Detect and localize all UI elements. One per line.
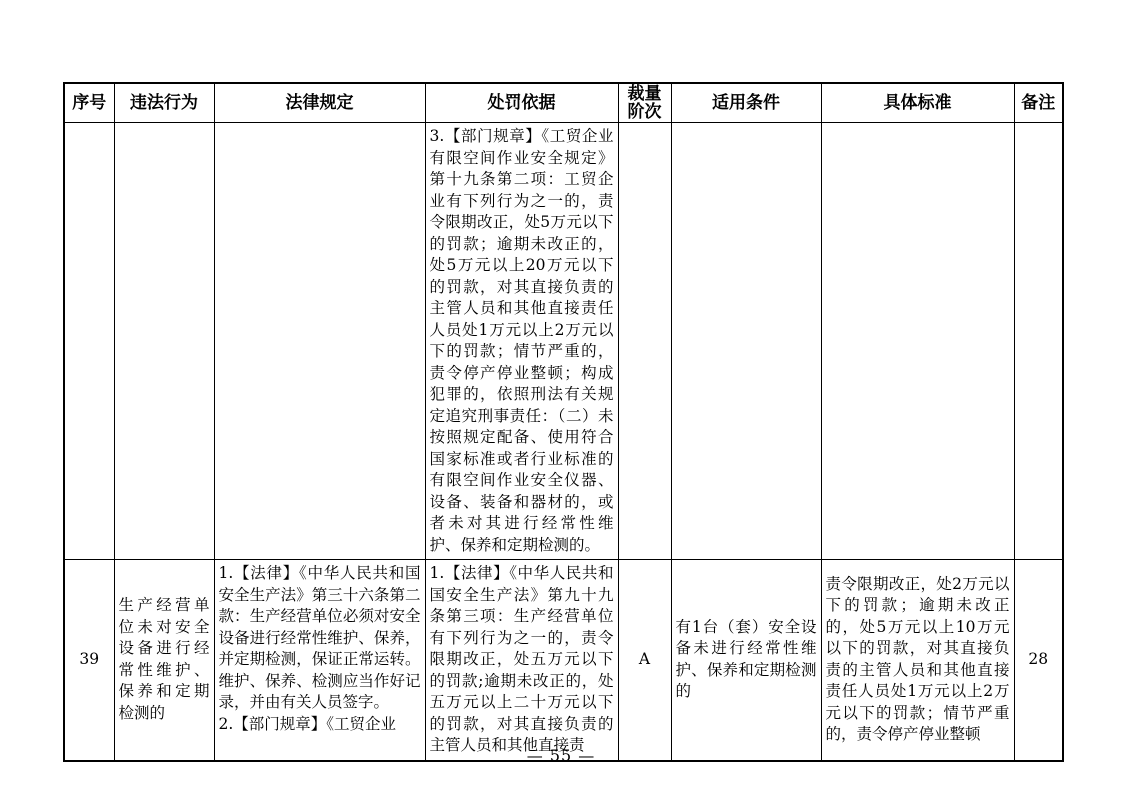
table-row-continuation: 3.【部门规章】《工贸企业有限空间作业安全规定》第十九条第二项：工贸企业有下列行… [64,123,1063,560]
cell-remarks: 28 [1014,560,1063,761]
header-illegal-act: 违法行为 [114,83,214,123]
header-penalty-basis: 处罚依据 [425,83,618,123]
cell-serial-number: 39 [64,560,114,761]
page-number: — 55 — [0,746,1122,765]
cell-applicable-conditions [671,123,821,560]
table-row-39: 39 生产经营单位未对安全设备进行经常性维护、保养和定期检测的 1.【法律】《中… [64,560,1063,761]
penalty-standards-table: 序号 违法行为 法律规定 处罚依据 裁量阶次 适用条件 具体标准 备注 3.【部… [63,82,1064,762]
header-legal-provision: 法律规定 [214,83,425,123]
header-discretion-level: 裁量阶次 [618,83,671,123]
cell-discretion-level: A [618,560,671,761]
cell-penalty-basis: 1.【法律】《中华人民共和国安全生产法》第九十九条第三项：生产经营单位有下列行为… [425,560,618,761]
cell-penalty-basis: 3.【部门规章】《工贸企业有限空间作业安全规定》第十九条第二项：工贸企业有下列行… [425,123,618,560]
document-page: 序号 违法行为 法律规定 处罚依据 裁量阶次 适用条件 具体标准 备注 3.【部… [0,0,1122,793]
cell-illegal-act [114,123,214,560]
header-applicable-conditions: 适用条件 [671,83,821,123]
cell-discretion-level [618,123,671,560]
cell-illegal-act: 生产经营单位未对安全设备进行经常性维护、保养和定期检测的 [114,560,214,761]
header-specific-standard: 具体标准 [821,83,1014,123]
cell-legal-provision [214,123,425,560]
header-serial-number: 序号 [64,83,114,123]
cell-specific-standard [821,123,1014,560]
cell-remarks [1014,123,1063,560]
table-header-row: 序号 违法行为 法律规定 处罚依据 裁量阶次 适用条件 具体标准 备注 [64,83,1063,123]
cell-serial-number [64,123,114,560]
cell-specific-standard: 责令限期改正，处2万元以下的罚款；逾期未改正的，处5万元以上10万元以下的罚款，… [821,560,1014,761]
cell-legal-provision: 1.【法律】《中华人民共和国安全生产法》第三十六条第二款：生产经营单位必须对安全… [214,560,425,761]
cell-applicable-conditions: 有1台（套）安全设备未进行经常性维护、保养和定期检测的 [671,560,821,761]
header-remarks: 备注 [1014,83,1063,123]
